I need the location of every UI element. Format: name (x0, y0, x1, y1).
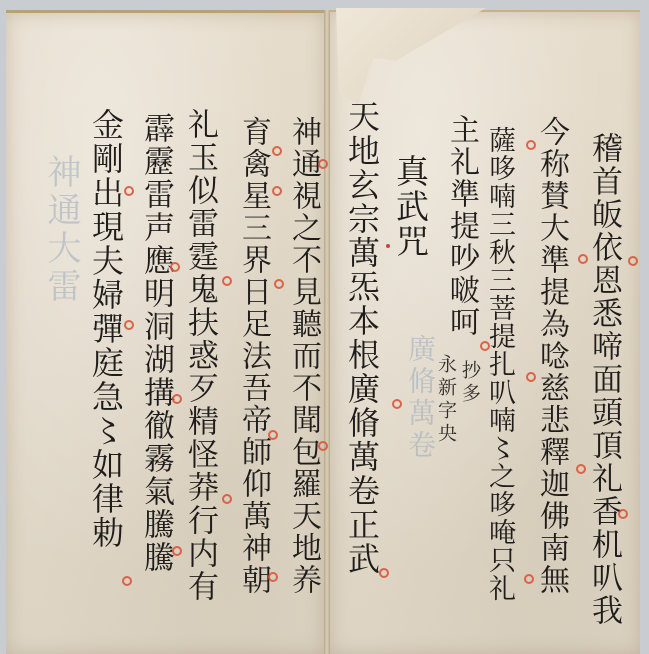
red-punctuation-mark (122, 576, 132, 586)
red-punctuation-mark (172, 394, 182, 404)
title-zhenwu-zhou: 真武咒 (394, 154, 427, 259)
left-column-3: 育禽星三界日足法吾帝師仰萬神朝 (238, 116, 268, 596)
right-column-2: 今称賛大準提為唸慈悲釋迦佛南無 (536, 116, 566, 596)
red-punctuation-mark (170, 262, 180, 272)
red-punctuation-mark (124, 186, 134, 196)
red-punctuation-mark (628, 256, 638, 266)
left-column-2: 神通視之不見聽而不聞包羅天地养 (288, 116, 318, 596)
red-punctuation-mark (524, 574, 534, 584)
red-punctuation-mark (618, 509, 628, 519)
red-dot-mark (386, 244, 390, 248)
red-punctuation-mark (274, 279, 284, 289)
right-column-3: 薩哆喃三秋三菩提扎叭喃〻之哆唵只礼 (486, 126, 513, 602)
left-column-1: 天地玄宗萬炁本根廣脩萬卷正武 (346, 100, 378, 576)
red-punctuation-mark (222, 494, 232, 504)
red-punctuation-mark (318, 441, 328, 451)
right-column-5-note: 抄多 (460, 360, 479, 406)
right-column-6-note: 永新字央 (436, 354, 455, 446)
red-punctuation-mark (526, 140, 536, 150)
red-punctuation-mark (392, 399, 402, 409)
red-punctuation-mark (379, 568, 389, 578)
red-punctuation-mark (576, 464, 586, 474)
right-column-1: 稽首皈依恩悉啼面頭頂礼香机叭我 (588, 132, 619, 627)
red-punctuation-mark (480, 341, 490, 351)
red-punctuation-mark (526, 372, 536, 382)
left-column-6: 金剛出現夫婦彈庭急〻如律勅 (90, 108, 122, 550)
left-column-5: 霹靂雷声應明洞湖搆徹霧氣騰騰 (140, 112, 171, 574)
red-punctuation-mark (272, 146, 282, 156)
red-punctuation-mark (124, 320, 134, 330)
red-punctuation-mark (578, 254, 588, 264)
red-punctuation-mark (222, 276, 232, 286)
left-column-4: 礼玉似雷霆鬼扶惑歹精怪莽行内有 (184, 108, 215, 603)
red-punctuation-mark (268, 430, 278, 440)
red-punctuation-mark (318, 159, 328, 169)
red-punctuation-mark (268, 572, 278, 582)
red-punctuation-mark (272, 186, 282, 196)
right-column-4: 主礼準提吵啵呵 (446, 114, 476, 338)
red-punctuation-mark (172, 546, 182, 556)
manuscript-book: 神通大雷 廣脩萬卷 稽首皈依恩悉啼面頭頂礼香机叭我 今称賛大準提為唸慈悲釋迦佛南… (6, 4, 642, 654)
